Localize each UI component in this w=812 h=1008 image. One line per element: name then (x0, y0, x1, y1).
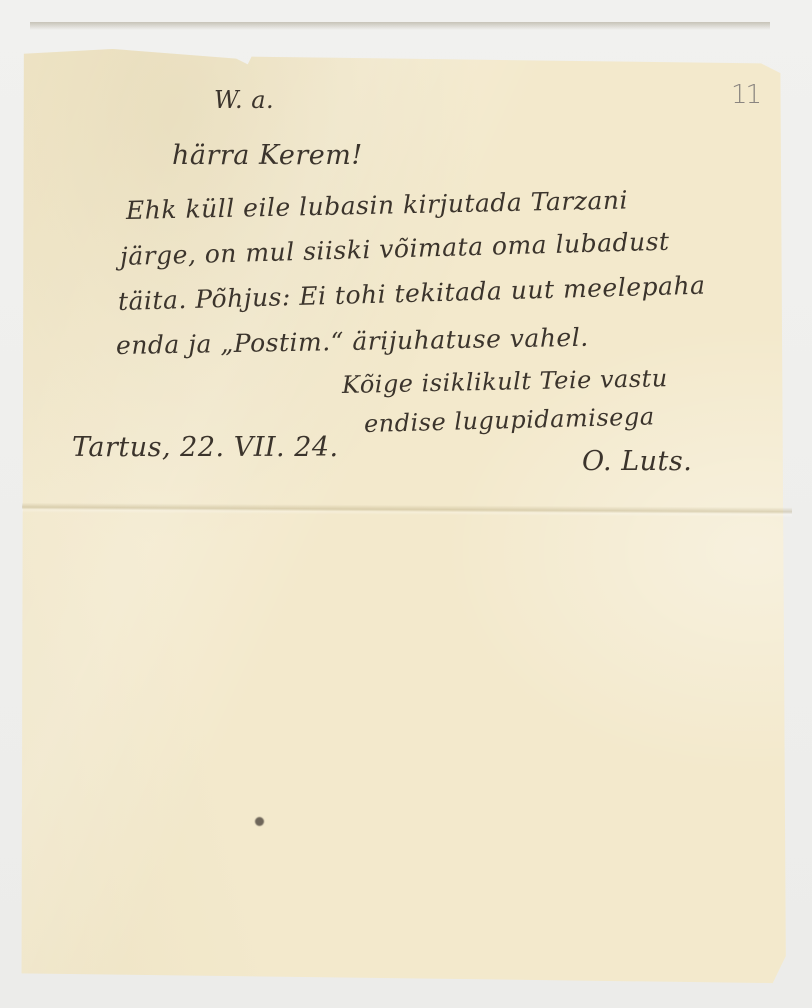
letter-salutation: W. a. (214, 86, 274, 114)
letter-place-date: Tartus, 22. VII. 24. (72, 432, 339, 463)
archive-page-number: 11 (731, 80, 760, 110)
letter-signature: O. Luts. (582, 446, 692, 477)
ink-spot (255, 817, 264, 826)
letter-sheet (20, 20, 792, 985)
letter-addressee: härra Kerem! (172, 140, 363, 171)
